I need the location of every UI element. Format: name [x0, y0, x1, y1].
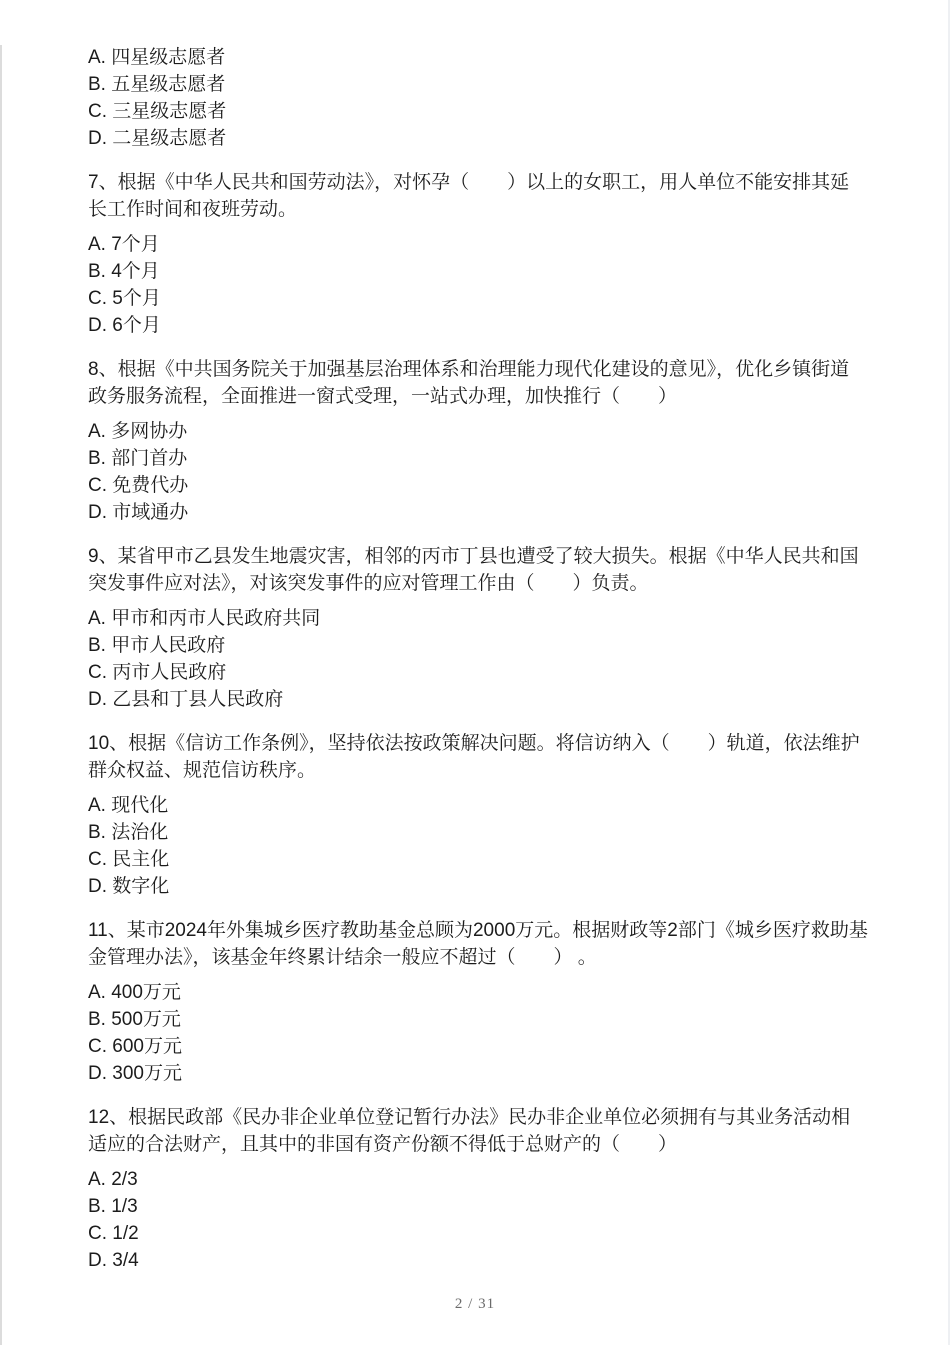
option-line: C. 1/2 [88, 1220, 868, 1247]
options-list: A. 400万元B. 500万元C. 600万元D. 300万元 [88, 979, 868, 1087]
options-list: A. 现代化B. 法治化C. 民主化D. 数字化 [88, 792, 868, 900]
options-list: A. 四星级志愿者B. 五星级志愿者C. 三星级志愿者D. 二星级志愿者 [88, 44, 868, 152]
page-footer: 2 / 31 [0, 1296, 950, 1313]
option-line: B. 4个月 [88, 258, 868, 285]
question-stem: 10、根据《信访工作条例》，坚持依法按政策解决问题。将信访纳入（ ）轨道，依法维… [88, 730, 868, 784]
options-list: A. 7个月B. 4个月C. 5个月D. 6个月 [88, 231, 868, 339]
question-stem: 9、某省甲市乙县发生地震灾害，相邻的丙市丁县也遭受了较大损失。根据《中华人民共和… [88, 543, 868, 597]
options-list: A. 2/3B. 1/3C. 1/2D. 3/4 [88, 1166, 868, 1274]
option-line: B. 部门首办 [88, 445, 868, 472]
question-block: A. 四星级志愿者B. 五星级志愿者C. 三星级志愿者D. 二星级志愿者 [88, 44, 868, 152]
option-line: C. 5个月 [88, 285, 868, 312]
question-stem: 8、根据《中共国务院关于加强基层治理体系和治理能力现代化建设的意见》，优化乡镇街… [88, 356, 868, 410]
question-stem: 7、根据《中华人民共和国劳动法》，对怀孕（ ）以上的女职工，用人单位不能安排其延… [88, 169, 868, 223]
option-line: A. 2/3 [88, 1166, 868, 1193]
option-line: D. 数字化 [88, 873, 868, 900]
option-line: D. 6个月 [88, 312, 868, 339]
question-block: 12、根据民政部《民办非企业单位登记暂行办法》民办非企业单位必须拥有与其业务活动… [88, 1104, 868, 1274]
option-line: B. 1/3 [88, 1193, 868, 1220]
option-line: B. 甲市人民政府 [88, 632, 868, 659]
question-stem: 12、根据民政部《民办非企业单位登记暂行办法》民办非企业单位必须拥有与其业务活动… [88, 1104, 868, 1158]
options-list: A. 甲市和丙市人民政府共同B. 甲市人民政府C. 丙市人民政府D. 乙县和丁县… [88, 605, 868, 713]
option-line: C. 免费代办 [88, 472, 868, 499]
option-line: D. 乙县和丁县人民政府 [88, 686, 868, 713]
option-line: C. 600万元 [88, 1033, 868, 1060]
question-stem: 11、某市2024年外集城乡医疗教助基金总顾为2000万元。根据财政等2部门《城… [88, 917, 868, 971]
option-line: D. 3/4 [88, 1247, 868, 1274]
option-line: C. 三星级志愿者 [88, 98, 868, 125]
option-line: A. 现代化 [88, 792, 868, 819]
page-indicator: 2 / 31 [455, 1296, 495, 1312]
question-block: 7、根据《中华人民共和国劳动法》，对怀孕（ ）以上的女职工，用人单位不能安排其延… [88, 169, 868, 339]
option-line: A. 四星级志愿者 [88, 44, 868, 71]
option-line: A. 甲市和丙市人民政府共同 [88, 605, 868, 632]
option-line: B. 法治化 [88, 819, 868, 846]
questions-container: A. 四星级志愿者B. 五星级志愿者C. 三星级志愿者D. 二星级志愿者 7、根… [88, 0, 868, 1274]
options-list: A. 多网协办B. 部门首办C. 免费代办D. 市域通办 [88, 418, 868, 526]
option-line: B. 五星级志愿者 [88, 71, 868, 98]
page-left-border [0, 45, 2, 1345]
option-line: B. 500万元 [88, 1006, 868, 1033]
option-line: A. 7个月 [88, 231, 868, 258]
option-line: D. 300万元 [88, 1060, 868, 1087]
option-line: C. 丙市人民政府 [88, 659, 868, 686]
option-line: D. 二星级志愿者 [88, 125, 868, 152]
question-block: 9、某省甲市乙县发生地震灾害，相邻的丙市丁县也遭受了较大损失。根据《中华人民共和… [88, 543, 868, 713]
option-line: A. 400万元 [88, 979, 868, 1006]
option-line: C. 民主化 [88, 846, 868, 873]
question-block: 8、根据《中共国务院关于加强基层治理体系和治理能力现代化建设的意见》，优化乡镇街… [88, 356, 868, 526]
option-line: A. 多网协办 [88, 418, 868, 445]
option-line: D. 市域通办 [88, 499, 868, 526]
question-block: 10、根据《信访工作条例》，坚持依法按政策解决问题。将信访纳入（ ）轨道，依法维… [88, 730, 868, 900]
document-page: A. 四星级志愿者B. 五星级志愿者C. 三星级志愿者D. 二星级志愿者 7、根… [0, 0, 950, 1345]
question-block: 11、某市2024年外集城乡医疗教助基金总顾为2000万元。根据财政等2部门《城… [88, 917, 868, 1087]
